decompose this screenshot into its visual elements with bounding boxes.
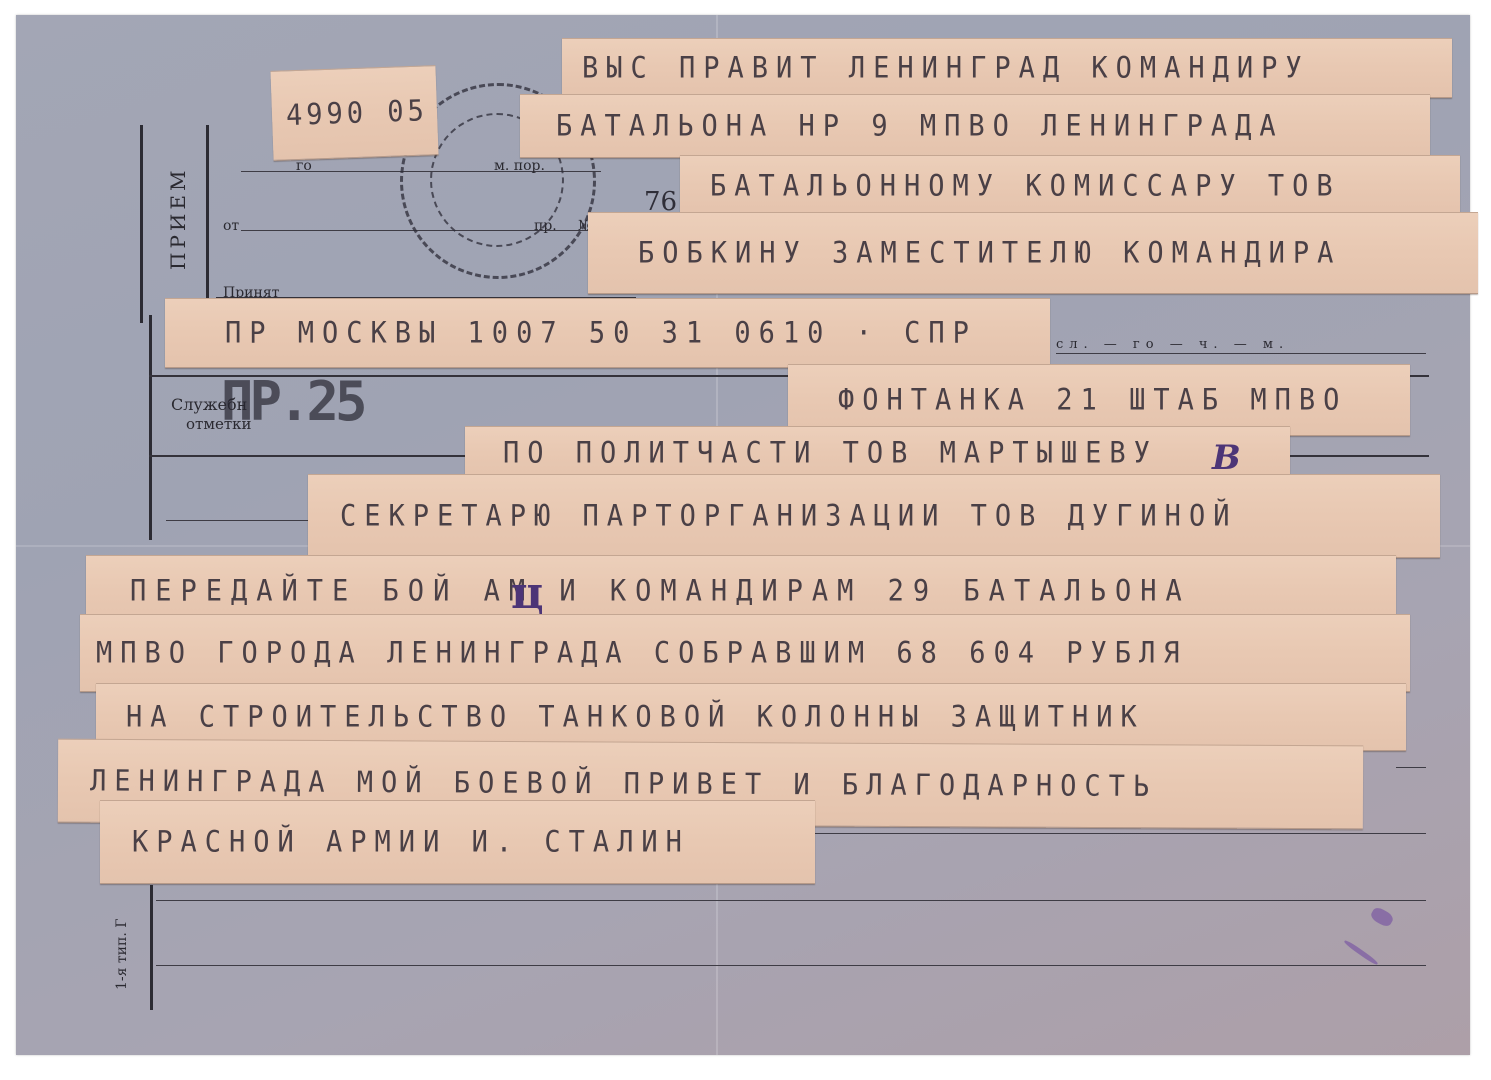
tape-header-1: ВЫС ПРАВИТ ЛЕНИНГРАД КОМАНДИРУ	[562, 38, 1452, 98]
header-line-2: БАТАЛЬОНА НР 9 МПВО ЛЕНИНГРАДА	[520, 109, 1284, 142]
form-rule-left-lower	[149, 315, 152, 540]
form-rule-left-outer	[140, 125, 143, 323]
message-line-1: ПЕРЕДАЙТЕ БОЙ АМ И КОМАНДИРАМ 29 БАТАЛЬО…	[86, 574, 1191, 607]
form-label-ot: от	[223, 218, 239, 234]
handwritten-correction-v: В	[1212, 438, 1241, 478]
tape-serial: 4990 05	[270, 65, 438, 161]
form-rule-left-bottom	[150, 885, 153, 1010]
form-rule-sl	[1056, 353, 1426, 354]
header-line-8: СЕКРЕТАРЮ ПАРТОРГАНИЗАЦИИ ТОВ ДУГИНОЙ	[308, 499, 1237, 532]
tape-header-8: СЕКРЕТАРЮ ПАРТОРГАНИЗАЦИИ ТОВ ДУГИНОЙ	[308, 474, 1440, 558]
header-line-5: ПР МОСКВЫ 1007 50 31 0610 · СПР	[165, 316, 977, 349]
message-line-5: КРАСНОЙ АРМИИ И. СТАЛИН	[100, 825, 690, 858]
violet-ink-mark-2	[1343, 939, 1379, 966]
message-line-3: НА СТРОИТЕЛЬСТВО ТАНКОВОЙ КОЛОННЫ ЗАЩИТН…	[96, 700, 1145, 733]
message-line-2: МПВО ГОРОДА ЛЕНИНГРАДА СОБРАВШИМ 68 604 …	[80, 636, 1188, 669]
form-rule-under-service	[166, 520, 326, 521]
header-line-1: ВЫС ПРАВИТ ЛЕНИНГРАД КОМАНДИРУ	[562, 51, 1310, 84]
tape-header-7: ПО ПОЛИТЧАСТИ ТОВ МАРТЫШЕВУ	[465, 426, 1290, 480]
header-line-7: ПО ПОЛИТЧАСТИ ТОВ МАРТЫШЕВУ	[465, 436, 1158, 469]
serial-number: 4990 05	[271, 94, 428, 133]
form-rule-msg-1	[1396, 767, 1426, 768]
tape-header-4: БОБКИНУ ЗАМЕСТИТЕЛЮ КОМАНДИРА	[588, 212, 1478, 294]
header-line-6: ФОНТАНКА 21 ШТАБ МПВО	[788, 383, 1347, 416]
tape-header-2: БАТАЛЬОНА НР 9 МПВО ЛЕНИНГРАДА	[520, 94, 1430, 158]
form-rule-msg-3	[156, 900, 1426, 901]
tape-header-3: БАТАЛЬОННОМУ КОМИССАРУ ТОВ	[680, 155, 1460, 217]
tape-header-5: ПР МОСКВЫ 1007 50 31 0610 · СПР	[165, 298, 1050, 368]
violet-ink-mark	[1369, 905, 1395, 928]
printer-mark: 1-я тип. Г	[114, 919, 130, 991]
form-rule-msg-2	[796, 833, 1426, 834]
form-section-label: ПРИЕМ	[166, 167, 190, 270]
header-line-3: БАТАЛЬОННОМУ КОМИССАРУ ТОВ	[680, 169, 1341, 202]
form-rule-msg-4	[156, 965, 1426, 966]
message-line-4: ЛЕНИНГРАДА МОЙ БОЕВОЙ ПРИВЕТ И БЛАГОДАРН…	[58, 764, 1157, 803]
form-label-go: го	[296, 158, 312, 174]
tape-message-2: МПВО ГОРОДА ЛЕНИНГРАДА СОБРАВШИМ 68 604 …	[80, 614, 1410, 692]
handwritten-correction-ts: ц	[511, 568, 544, 619]
form-label-sl-go-ch-m: сл. — го — ч. — м.	[1056, 337, 1289, 352]
header-line-4: БОБКИНУ ЗАМЕСТИТЕЛЮ КОМАНДИРА	[588, 236, 1341, 269]
tape-message-5: КРАСНОЙ АРМИИ И. СТАЛИН	[100, 800, 815, 884]
service-stamp-mark: ПР.25	[221, 370, 364, 433]
form-rule-left-inner	[206, 125, 209, 323]
